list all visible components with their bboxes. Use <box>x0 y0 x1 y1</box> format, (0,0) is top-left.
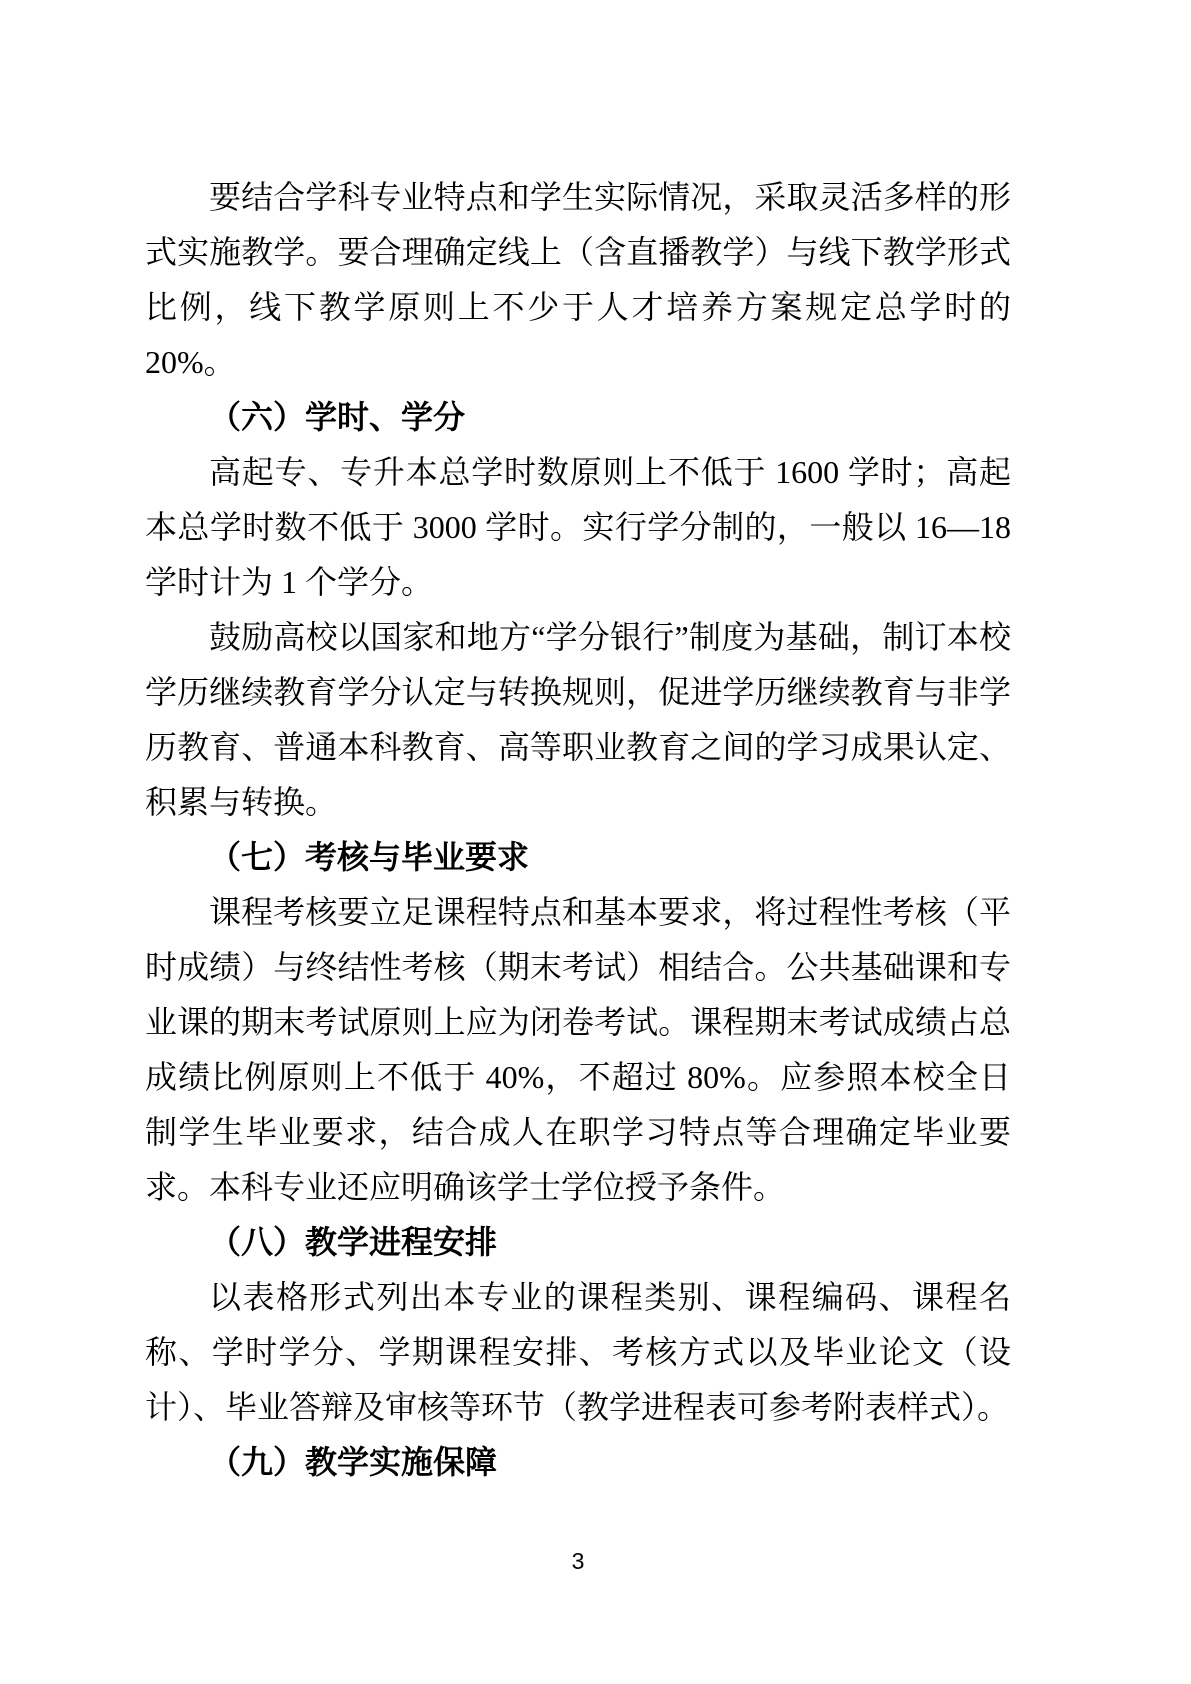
section-heading: （八）教学进程安排 <box>145 1215 1011 1270</box>
section-heading: （六）学时、学分 <box>145 390 1011 445</box>
document-body: 要结合学科专业特点和学生实际情况，采取灵活多样的形式实施教学。要合理确定线上（含… <box>145 170 1011 1490</box>
body-paragraph: 要结合学科专业特点和学生实际情况，采取灵活多样的形式实施教学。要合理确定线上（含… <box>145 170 1011 390</box>
body-paragraph: 课程考核要立足课程特点和基本要求，将过程性考核（平时成绩）与终结性考核（期末考试… <box>145 885 1011 1215</box>
body-paragraph: 以表格形式列出本专业的课程类别、课程编码、课程名称、学时学分、学期课程安排、考核… <box>145 1270 1011 1435</box>
page-number: 3 <box>145 1546 1011 1576</box>
section-heading: （七）考核与毕业要求 <box>145 830 1011 885</box>
body-paragraph: 鼓励高校以国家和地方“学分银行”制度为基础，制订本校学历继续教育学分认定与转换规… <box>145 610 1011 830</box>
section-heading: （九）教学实施保障 <box>145 1435 1011 1490</box>
body-paragraph: 高起专、专升本总学时数原则上不低于 1600 学时；高起本总学时数不低于 300… <box>145 445 1011 610</box>
document-page: 要结合学科专业特点和学生实际情况，采取灵活多样的形式实施教学。要合理确定线上（含… <box>0 0 1191 1684</box>
